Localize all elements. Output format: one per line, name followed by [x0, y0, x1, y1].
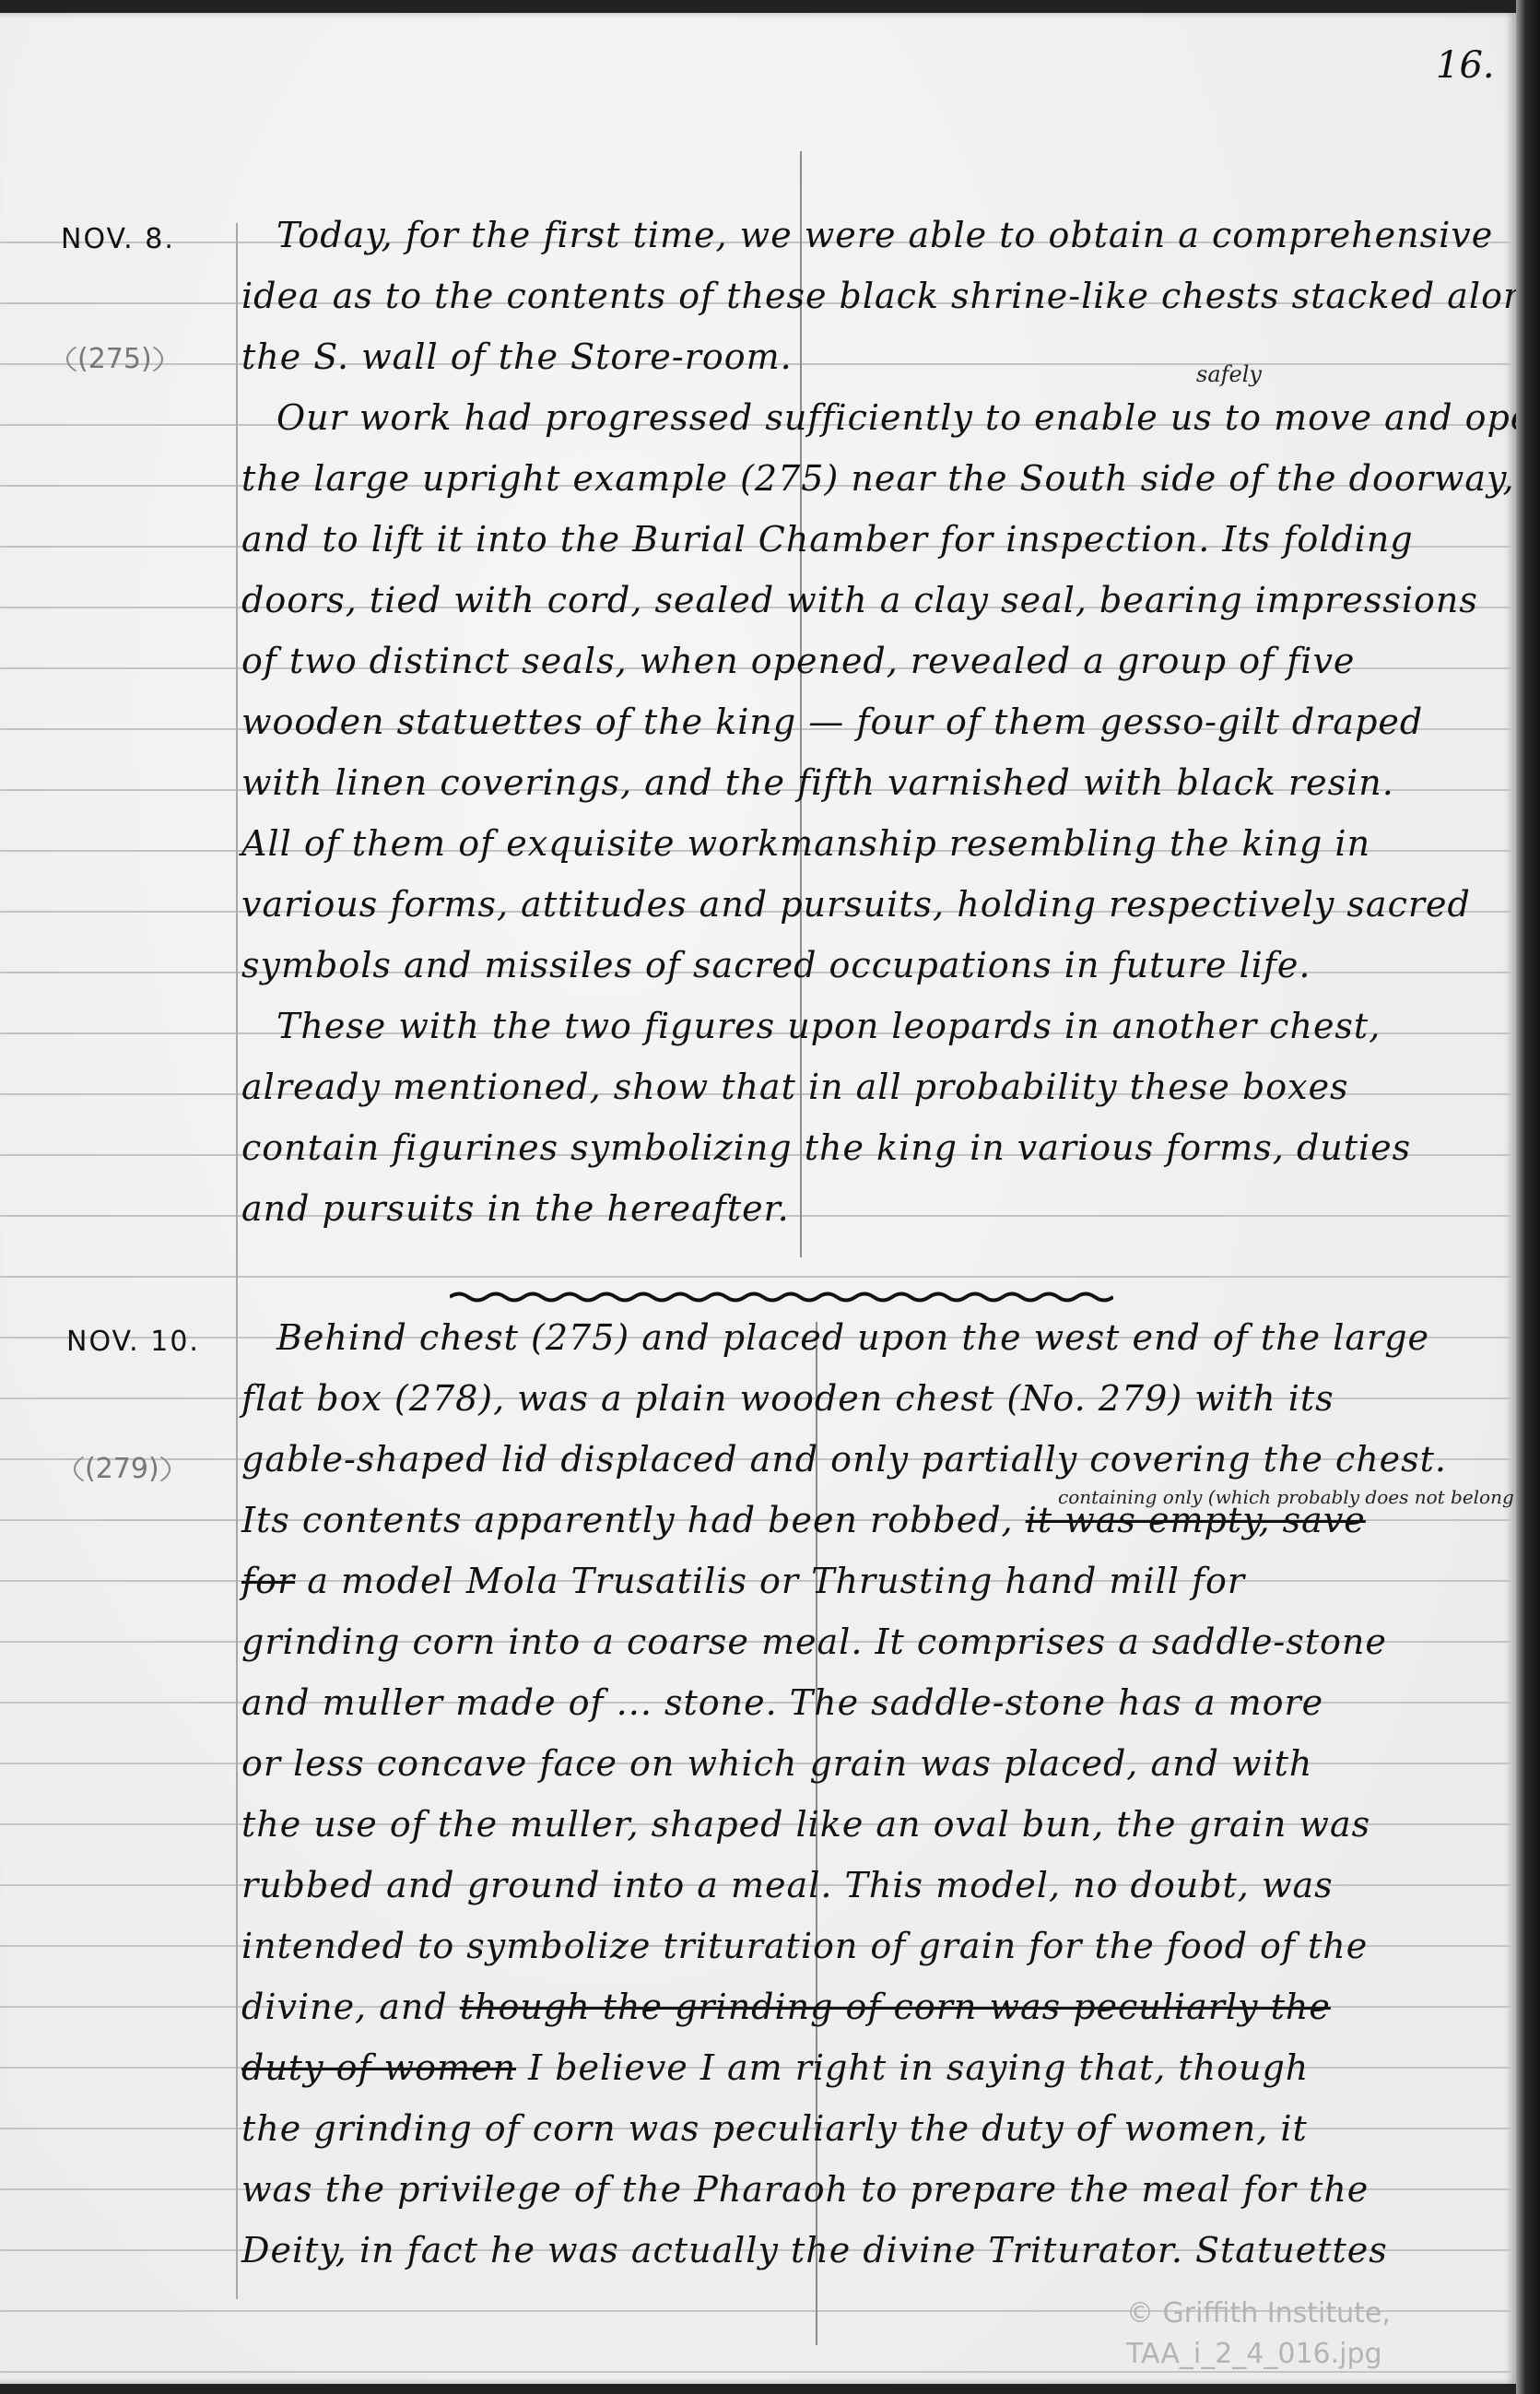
text-line: symbols and missiles of sacred occupatio…: [241, 948, 1311, 983]
text-line: gable-shaped lid displaced and only part…: [241, 1442, 1447, 1477]
text-line: the S. wall of the Store-room.: [241, 339, 793, 374]
text-line: grinding corn into a coarse meal. It com…: [241, 1624, 1387, 1659]
text-line: contain figurines symbolizing the king i…: [241, 1130, 1411, 1165]
ruled-line: [0, 1276, 1511, 1278]
watermark-line-1: © Griffith Institute,: [1126, 2294, 1391, 2334]
text-line: These with the two figures upon leopards…: [276, 1008, 1381, 1044]
margin-line: [236, 223, 238, 2299]
text-segment: Its contents apparently had been robbed,: [241, 1500, 1014, 1540]
text-line: Deity, in fact he was actually the divin…: [241, 2233, 1388, 2268]
text-line: All of them of exquisite workmanship res…: [241, 826, 1370, 861]
text-line: and to lift it into the Burial Chamber f…: [241, 522, 1414, 557]
text-line: for a model Mola Trusatilis or Thrusting…: [241, 1563, 1245, 1598]
text-segment: a model Mola Trusatilis or Thrusting han…: [307, 1561, 1245, 1601]
struck-text: it was empty, save: [1026, 1500, 1366, 1540]
text-line: and pursuits in the hereafter.: [241, 1191, 790, 1226]
text-line: doors, tied with cord, sealed with a cla…: [241, 583, 1478, 618]
text-line: was the privilege of the Pharaoh to prep…: [241, 2172, 1369, 2207]
text-line: already mentioned, show that in all prob…: [241, 1069, 1349, 1104]
text-line: wooden statuettes of the king — four of …: [241, 704, 1423, 739]
page-number: 16.: [1436, 44, 1495, 87]
text-line: or less concave face on which grain was …: [241, 1746, 1312, 1781]
copyright-watermark: © Griffith Institute, TAA_i_2_4_016.jpg: [1126, 2294, 1391, 2375]
text-segment: divine, and: [241, 1987, 448, 2027]
text-line: Its contents apparently had been robbed,…: [241, 1503, 1366, 1538]
text-line: the grinding of corn was peculiarly the …: [241, 2111, 1308, 2146]
text-line: the use of the muller, shaped like an ov…: [241, 1807, 1370, 1842]
text-line: Our work had progressed sufficiently to …: [276, 400, 1540, 435]
struck-text: duty of women: [241, 2047, 516, 2088]
text-line: Today, for the first time, we were able …: [276, 218, 1493, 253]
section-separator-squiggle: [450, 1283, 1113, 1311]
text-line: various forms, attitudes and pursuits, h…: [241, 887, 1471, 922]
struck-text: though the grinding of corn was peculiar…: [460, 1987, 1331, 2027]
struck-text: for: [241, 1561, 295, 1601]
entry-date-nov-8: NOV. 8.: [61, 223, 175, 255]
entry-date-nov-10: NOV. 10.: [66, 1326, 200, 1358]
text-line: with linen coverings, and the fifth varn…: [241, 765, 1394, 800]
text-segment: I believe I am right in saying that, tho…: [528, 2047, 1309, 2088]
text-line: of two distinct seals, when opened, reve…: [241, 643, 1355, 678]
text-line: and muller made of ... stone. The saddle…: [241, 1685, 1323, 1720]
watermark-line-2: TAA_i_2_4_016.jpg: [1126, 2334, 1391, 2375]
text-line: duty of women I believe I am right in sa…: [241, 2050, 1309, 2085]
text-line: divine, and though the grinding of corn …: [241, 1989, 1331, 2024]
interlinear-insertion: safely: [1196, 361, 1262, 387]
text-line: Behind chest (275) and placed upon the w…: [276, 1320, 1429, 1355]
text-line: the large upright example (275) near the…: [241, 461, 1515, 496]
text-line: idea as to the contents of these black s…: [241, 278, 1540, 313]
text-line: rubbed and ground into a meal. This mode…: [241, 1868, 1334, 1903]
object-number-275: (275): [66, 337, 163, 381]
notebook-page: 16. NOV. 8. (275) Today, for the first t…: [0, 13, 1516, 2384]
book-binding-edge: [1516, 0, 1540, 2394]
object-number-279: (279): [74, 1447, 170, 1491]
text-line: intended to symbolize trituration of gra…: [241, 1928, 1368, 1964]
text-line: flat box (278), was a plain wooden chest…: [241, 1381, 1334, 1416]
